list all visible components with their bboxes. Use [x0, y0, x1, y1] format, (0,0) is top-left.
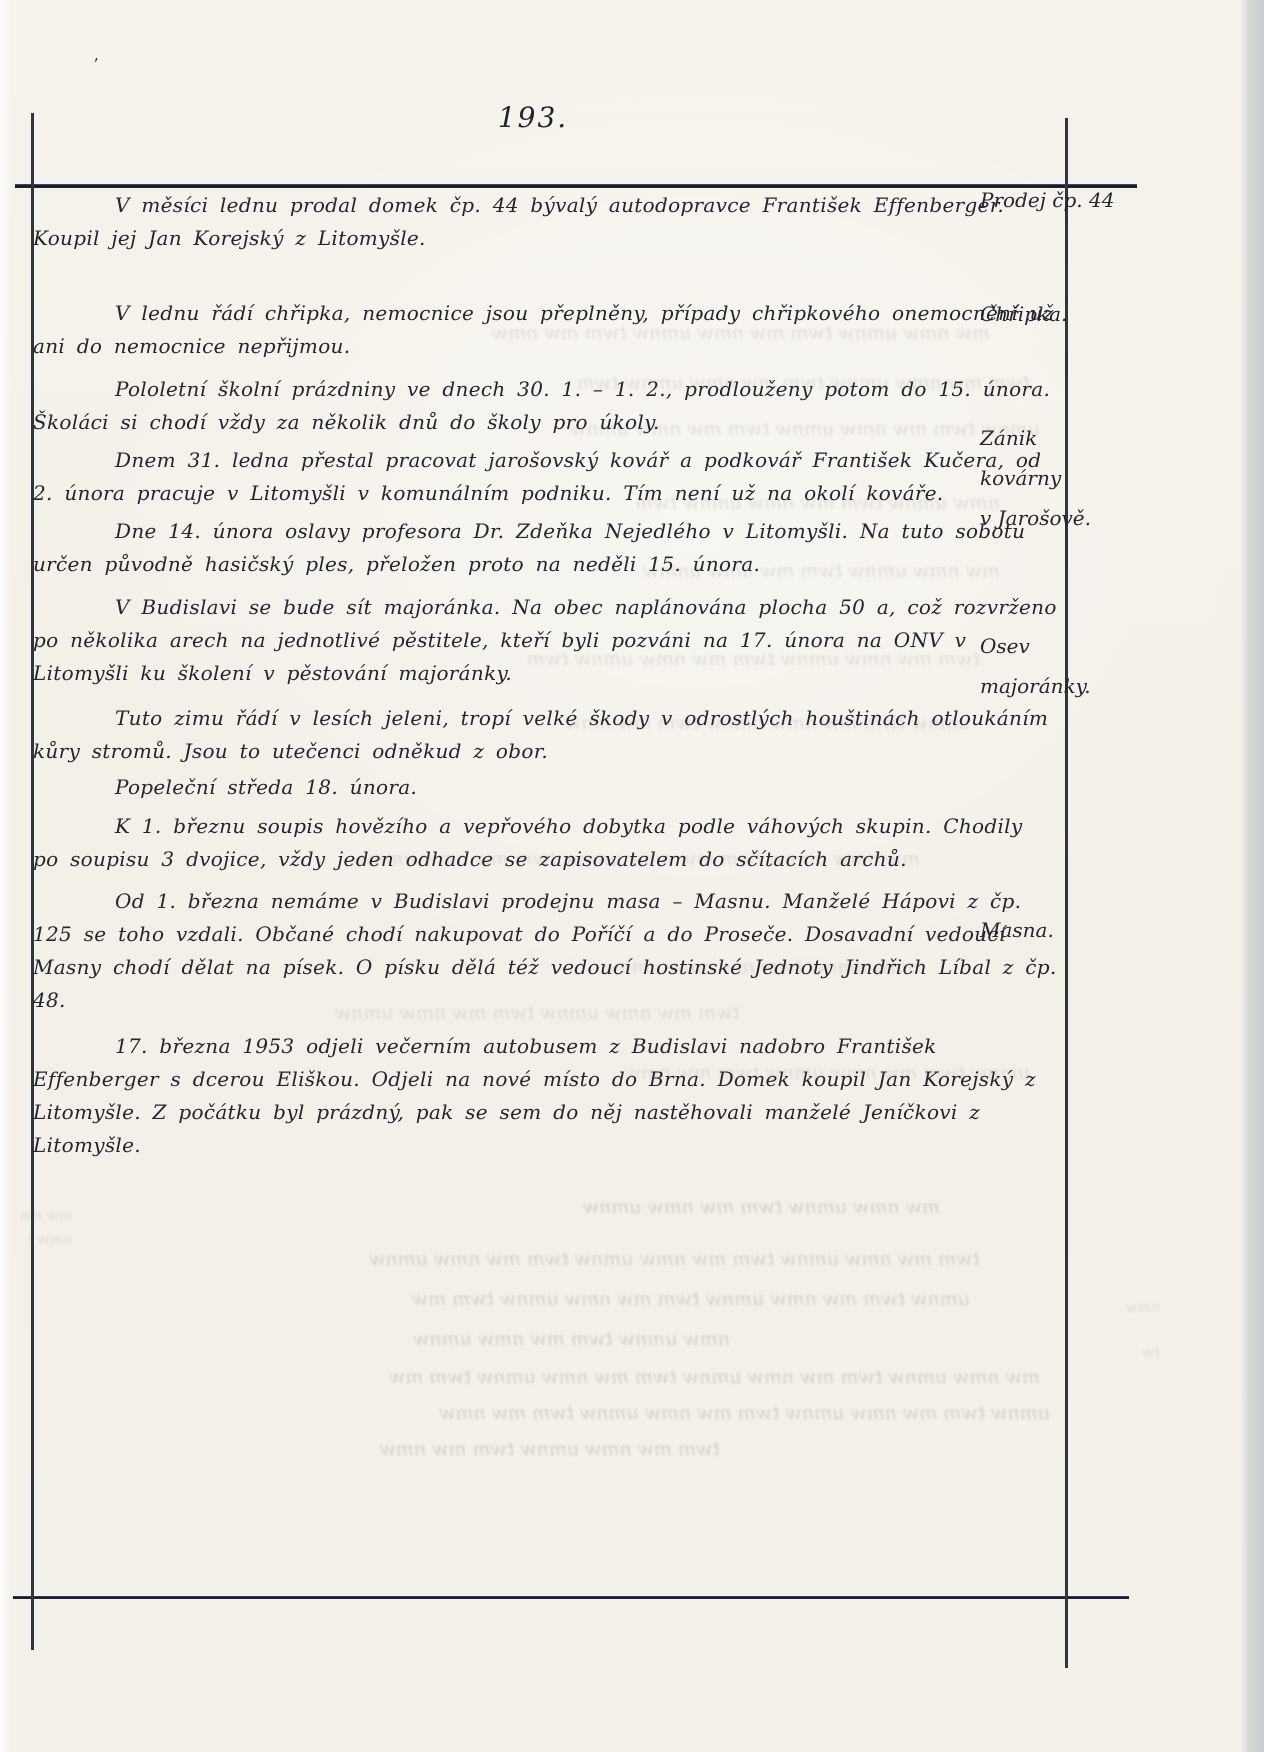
chronicle-page-scan: ʼ 193. mw nmw umnw twm mw nmw umnw twm m… [0, 0, 1264, 1752]
paragraph: V lednu řádí chřipka, nemocnice jsou pře… [33, 297, 1059, 363]
chronicle-text: V měsíci lednu prodal domek čp. 44 býval… [33, 189, 1059, 1162]
paragraph: Pololetní školní prázdniny ve dnech 30. … [33, 373, 1059, 439]
margin-note: Chřipka. [980, 294, 1160, 334]
right-margin-rule [1065, 118, 1068, 1668]
margin-note: Zánik kovárny v Jarošově. [980, 418, 1160, 538]
paragraph: V měsíci lednu prodal domek čp. 44 býval… [33, 189, 1059, 255]
top-rule-line [15, 184, 1137, 188]
margin-note: Prodej čp. 44 [980, 180, 1160, 220]
margin-note: Masna. [980, 910, 1160, 950]
page-number: 193. [0, 101, 1066, 134]
paragraph: Dnem 31. ledna přestal pracovat jarošovs… [33, 444, 1059, 510]
ink-speck: ʼ [93, 55, 98, 74]
paragraph: 17. března 1953 odjeli večerním autobuse… [33, 1030, 1059, 1162]
paragraph: Tuto zimu řádí v lesích jeleni, tropí ve… [33, 702, 1059, 768]
scan-edge-left [0, 0, 12, 1752]
paragraph: V Budislavi se bude sít majoránka. Na ob… [33, 591, 1059, 690]
scan-edge-right [1240, 0, 1264, 1752]
paragraph: Od 1. března nemáme v Budislavi prodejnu… [33, 885, 1059, 1017]
bottom-rule-line [13, 1596, 1129, 1599]
margin-note: Osev majoránky. [980, 626, 1160, 706]
paragraph: Dne 14. února oslavy profesora Dr. Zdeňk… [33, 515, 1059, 581]
paragraph: K 1. březnu soupis hovězího a vepřového … [33, 810, 1059, 876]
paragraph: Popeleční středa 18. února. [33, 771, 1059, 804]
